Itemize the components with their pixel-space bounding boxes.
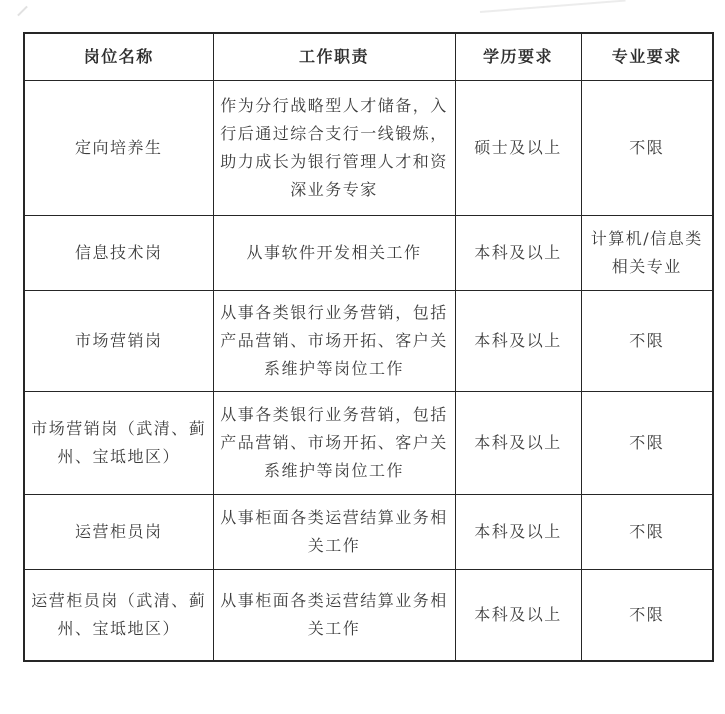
duty-cell: 从事柜面各类运营结算业务相关工作 — [213, 569, 455, 661]
table-body: 定向培养生 作为分行战略型人才储备，入行后通过综合支行一线锻炼，助力成长为银行管… — [24, 80, 713, 661]
header-cell-education: 学历要求 — [455, 33, 581, 80]
header-cell-duty: 工作职责 — [213, 33, 455, 80]
duty-cell: 从事柜面各类运营结算业务相关工作 — [213, 494, 455, 569]
education-cell: 本科及以上 — [455, 290, 581, 391]
position-cell: 市场营销岗（武清、蓟州、宝坻地区） — [24, 391, 213, 494]
page: { "table": { "headers": { "position": "岗… — [0, 0, 725, 714]
education-cell: 本科及以上 — [455, 569, 581, 661]
position-cell: 市场营销岗 — [24, 290, 213, 391]
major-cell: 不限 — [581, 290, 713, 391]
table-row: 市场营销岗 从事各类银行业务营销，包括产品营销、市场开拓、客户关系维护等岗位工作… — [24, 290, 713, 391]
header-cell-major: 专业要求 — [581, 33, 713, 80]
position-cell: 运营柜员岗 — [24, 494, 213, 569]
education-cell: 本科及以上 — [455, 215, 581, 290]
table-row: 信息技术岗 从事软件开发相关工作 本科及以上 计算机/信息类相关专业 — [24, 215, 713, 290]
major-cell: 不限 — [581, 569, 713, 661]
duty-cell: 作为分行战略型人才储备，入行后通过综合支行一线锻炼，助力成长为银行管理人才和资深… — [213, 80, 455, 215]
major-cell: 计算机/信息类相关专业 — [581, 215, 713, 290]
major-cell: 不限 — [581, 80, 713, 215]
position-cell: 定向培养生 — [24, 80, 213, 215]
watermark-stroke-left — [17, 6, 28, 17]
education-cell: 本科及以上 — [455, 494, 581, 569]
table-row: 运营柜员岗 从事柜面各类运营结算业务相关工作 本科及以上 不限 — [24, 494, 713, 569]
table-row: 市场营销岗（武清、蓟州、宝坻地区） 从事各类银行业务营销，包括产品营销、市场开拓… — [24, 391, 713, 494]
position-cell: 运营柜员岗（武清、蓟州、宝坻地区） — [24, 569, 213, 661]
education-cell: 硕士及以上 — [455, 80, 581, 215]
table-header: 岗位名称 工作职责 学历要求 专业要求 — [24, 33, 713, 80]
jobs-table-container: 岗位名称 工作职责 学历要求 专业要求 定向培养生 作为分行战略型人才储备，入行… — [23, 32, 714, 662]
major-cell: 不限 — [581, 494, 713, 569]
table-row: 运营柜员岗（武清、蓟州、宝坻地区） 从事柜面各类运营结算业务相关工作 本科及以上… — [24, 569, 713, 661]
jobs-table: 岗位名称 工作职责 学历要求 专业要求 定向培养生 作为分行战略型人才储备，入行… — [23, 32, 714, 662]
duty-cell: 从事软件开发相关工作 — [213, 215, 455, 290]
header-row: 岗位名称 工作职责 学历要求 专业要求 — [24, 33, 713, 80]
major-cell: 不限 — [581, 391, 713, 494]
position-cell: 信息技术岗 — [24, 215, 213, 290]
education-cell: 本科及以上 — [455, 391, 581, 494]
watermark-stroke-right — [480, 0, 626, 13]
duty-cell: 从事各类银行业务营销，包括产品营销、市场开拓、客户关系维护等岗位工作 — [213, 290, 455, 391]
header-cell-position: 岗位名称 — [24, 33, 213, 80]
duty-cell: 从事各类银行业务营销，包括产品营销、市场开拓、客户关系维护等岗位工作 — [213, 391, 455, 494]
table-row: 定向培养生 作为分行战略型人才储备，入行后通过综合支行一线锻炼，助力成长为银行管… — [24, 80, 713, 215]
